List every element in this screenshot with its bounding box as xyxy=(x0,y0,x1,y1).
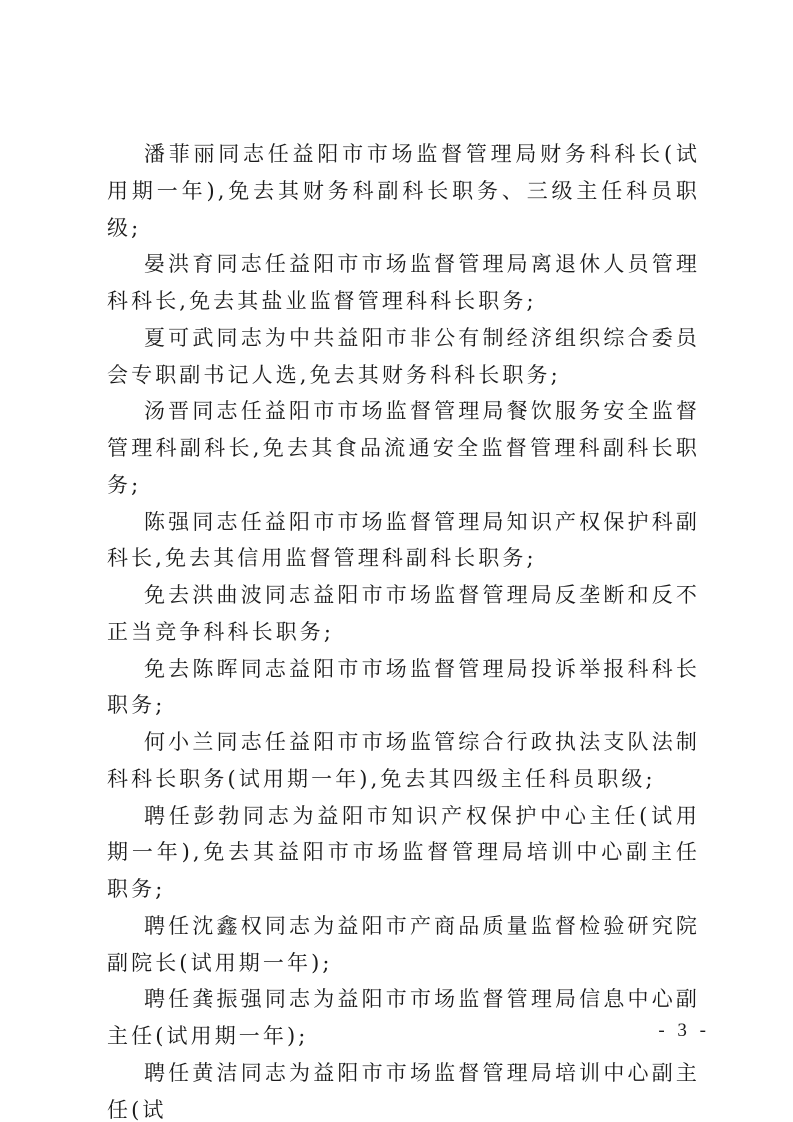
page-number: - 3 - xyxy=(640,1020,710,1042)
paragraph-removal-chen-hui: 免去陈晖同志益阳市市场监督管理局投诉举报科科长职务; xyxy=(107,651,700,725)
paragraph-appointment-tang-jin: 汤晋同志任益阳市市场监督管理局餐饮服务安全监督管理科副科长,免去其食品流通安全监… xyxy=(107,393,700,503)
paragraph-appointment-chen-qiang: 陈强同志任益阳市市场监督管理局知识产权保护科副科长,免去其信用监督管理科副科长职… xyxy=(107,504,700,578)
paragraph-appointment-shen-xinquan: 聘任沈鑫权同志为益阳市产商品质量监督检验研究院副院长(试用期一年); xyxy=(107,908,700,982)
paragraph-appointment-he-xiaolan: 何小兰同志任益阳市市场监管综合行政执法支队法制科科长职务(试用期一年),免去其四… xyxy=(107,724,700,798)
document-body: 潘菲丽同志任益阳市市场监督管理局财务科科长(试用期一年),免去其财务科副科长职务… xyxy=(107,136,700,1122)
document-page: 潘菲丽同志任益阳市市场监督管理局财务科科长(试用期一年),免去其财务科副科长职务… xyxy=(0,0,793,1122)
paragraph-appointment-peng-bo: 聘任彭勃同志为益阳市知识产权保护中心主任(试用期一年),免去其益阳市市场监督管理… xyxy=(107,798,700,908)
paragraph-removal-hong-qubo: 免去洪曲波同志益阳市市场监督管理局反垄断和反不正当竞争科科长职务; xyxy=(107,577,700,651)
paragraph-appointment-pan-feili: 潘菲丽同志任益阳市市场监督管理局财务科科长(试用期一年),免去其财务科副科长职务… xyxy=(107,136,700,246)
paragraph-appointment-huang-jie: 聘任黄洁同志为益阳市市场监督管理局培训中心副主任(试 xyxy=(107,1055,700,1122)
paragraph-appointment-gong-zhenqiang: 聘任龚振强同志为益阳市市场监督管理局信息中心副主任(试用期一年); xyxy=(107,981,700,1055)
paragraph-appointment-xia-kewu: 夏可武同志为中共益阳市非公有制经济组织综合委员会专职副书记人选,免去其财务科科长… xyxy=(107,320,700,394)
paragraph-appointment-yan-hongyu: 晏洪育同志任益阳市市场监督管理局离退休人员管理科科长,免去其盐业监督管理科科长职… xyxy=(107,246,700,320)
